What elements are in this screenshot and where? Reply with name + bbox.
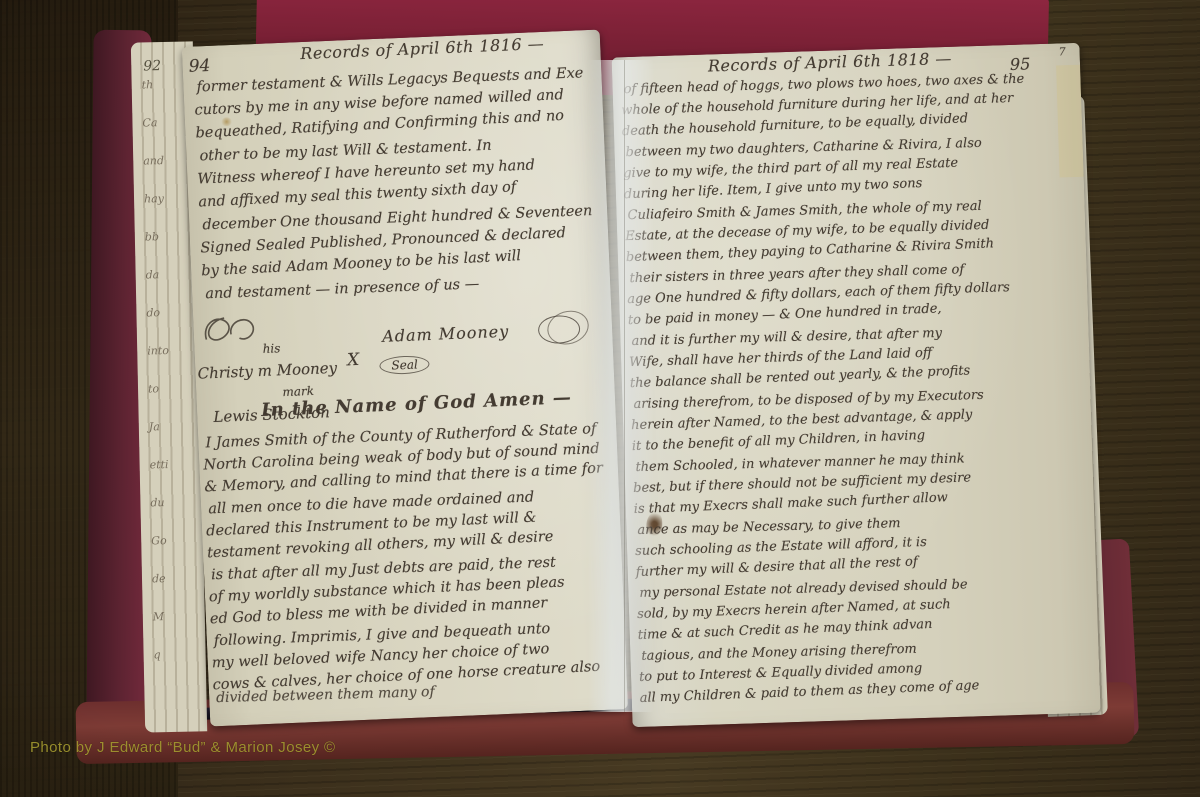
text-fragment: into	[147, 343, 200, 382]
left-page: 94 Records of April 6th 1816 — former te…	[182, 30, 628, 727]
will-opening-paragraph: I James Smith of the County of Rutherfor…	[202, 415, 623, 696]
text-fragment: Go	[151, 533, 204, 572]
text-fragment: to	[148, 381, 201, 420]
text-fragment: q	[153, 647, 206, 686]
corner-mark: 7	[1058, 45, 1065, 58]
will-body-paragraph: of fifteen head of hoggs, two plows two …	[620, 65, 1094, 709]
text-fragment: do	[146, 305, 199, 344]
text-fragment: etti	[149, 457, 202, 496]
testator-signature: Adam Mooney	[382, 322, 510, 346]
text-fragment: da	[146, 267, 199, 306]
witness1-signature: Christy m Mooney	[197, 359, 337, 383]
text-fragment: du	[150, 495, 203, 534]
witness-his-label: his	[262, 341, 280, 356]
seal-flourish-icon	[538, 315, 581, 345]
text-fragment: Ja	[149, 419, 202, 458]
witness1-mark-x: X	[347, 350, 360, 370]
record-book-photograph: 92 thCaandhaybbdadointotoJaettiduGodeMq …	[0, 0, 1200, 797]
photographer-watermark: Photo by J Edward “Bud” & Marion Josey ©	[30, 739, 336, 756]
will-closing-paragraph: former testament & Wills Legacys Bequest…	[193, 60, 604, 307]
witness-mark-label: mark	[282, 384, 314, 399]
text-fragment: M	[153, 609, 206, 648]
text-fragment: de	[152, 571, 205, 610]
left-page-number: 94	[188, 56, 210, 77]
clerk-flourish-mark	[199, 306, 263, 355]
right-page: Records of April 6th 1818 — 95 7 of fift…	[612, 43, 1101, 727]
witness1-seal-oval: Seal	[379, 355, 430, 375]
